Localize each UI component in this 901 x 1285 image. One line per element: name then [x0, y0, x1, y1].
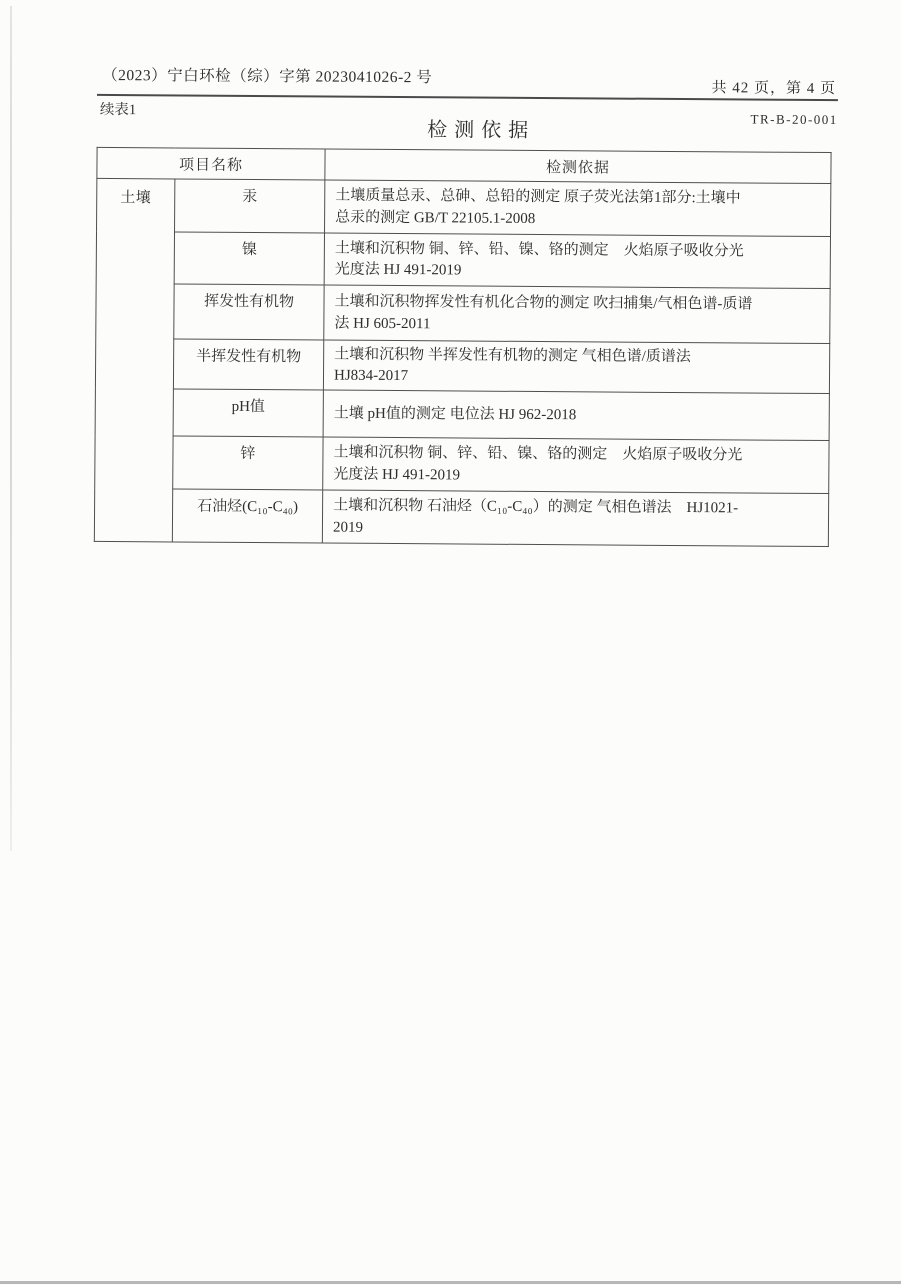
- table-row: 镍土壤和沉积物 铜、锌、铅、镍、铬的测定 火焰原子吸收分光 光度法 HJ 491…: [96, 231, 830, 288]
- item-name-cell: 锌: [173, 436, 323, 490]
- table-row: 土壤汞土壤质量总汞、总砷、总铅的测定 原子荧光法第1部分:土壤中 总汞的测定 G…: [97, 178, 831, 236]
- basis-cell: 土壤质量总汞、总砷、总铅的测定 原子荧光法第1部分:土壤中 总汞的测定 GB/T…: [325, 180, 831, 237]
- col-header-project-name: 项目名称: [97, 147, 325, 180]
- doc-number: （2023）宁白环检（综）字第 2023041026-2 号: [102, 63, 432, 87]
- scanned-document-page: （2023）宁白环检（综）字第 2023041026-2 号 共 42 页，第 …: [0, 0, 901, 1285]
- basis-cell: 土壤和沉积物 半挥发性有机物的测定 气相色谱/质谱法 HJ834-2017: [323, 340, 829, 394]
- continued-table-label: 续表1: [100, 98, 136, 119]
- item-name-cell: 半挥发性有机物: [173, 339, 323, 390]
- table-row: 半挥发性有机物土壤和沉积物 半挥发性有机物的测定 气相色谱/质谱法 HJ834-…: [95, 338, 829, 393]
- document-header: （2023）宁白环检（综）字第 2023041026-2 号 共 42 页，第 …: [97, 0, 839, 99]
- basis-cell: 土壤和沉积物 石油烃（C₁₀-C₄₀）的测定 气相色谱法 HJ1021- 201…: [322, 490, 828, 547]
- basis-cell: 土壤 pH值的测定 电位法 HJ 962-2018: [323, 390, 829, 441]
- page-count-info: 共 42 页，第 4 页: [711, 76, 836, 98]
- col-header-basis: 检测依据: [325, 149, 831, 184]
- table-row: 石油烃(C₁₀-C₄₀)土壤和沉积物 石油烃（C₁₀-C₄₀）的测定 气相色谱法…: [94, 488, 828, 546]
- document-content: （2023）宁白环检（综）字第 2023041026-2 号 共 42 页，第 …: [94, 0, 839, 547]
- basis-cell: 土壤和沉积物 铜、锌、铅、镍、铬的测定 火焰原子吸收分光 光度法 HJ 491-…: [323, 437, 829, 494]
- item-name-cell: pH值: [173, 389, 323, 437]
- table-row: pH值土壤 pH值的测定 电位法 HJ 962-2018: [95, 388, 829, 440]
- item-name-cell: 挥发性有机物: [174, 284, 324, 340]
- table-header-row: 项目名称 检测依据: [97, 147, 831, 183]
- basis-cell: 土壤和沉积物挥发性有机化合物的测定 吹扫捕集/气相色谱-质谱 法 HJ 605-…: [324, 285, 830, 344]
- item-name-cell: 镍: [174, 232, 324, 285]
- category-cell-soil: 土壤: [94, 178, 175, 542]
- table-row: 挥发性有机物土壤和沉积物挥发性有机化合物的测定 吹扫捕集/气相色谱-质谱 法 H…: [96, 283, 830, 343]
- detection-basis-table: 项目名称 检测依据 土壤汞土壤质量总汞、总砷、总铅的测定 原子荧光法第1部分:土…: [94, 147, 832, 547]
- table-row: 锌土壤和沉积物 铜、锌、铅、镍、铬的测定 火焰原子吸收分光 光度法 HJ 491…: [95, 435, 829, 493]
- item-name-cell: 汞: [175, 179, 325, 233]
- item-name-cell: 石油烃(C₁₀-C₄₀): [172, 489, 322, 543]
- scan-artifact-left-line: [10, 6, 12, 851]
- basis-cell: 土壤和沉积物 铜、锌、铅、镍、铬的测定 火焰原子吸收分光 光度法 HJ 491-…: [324, 233, 830, 289]
- scan-artifact-bottom-strip: [0, 1281, 901, 1284]
- page-title: 检测依据: [111, 118, 852, 144]
